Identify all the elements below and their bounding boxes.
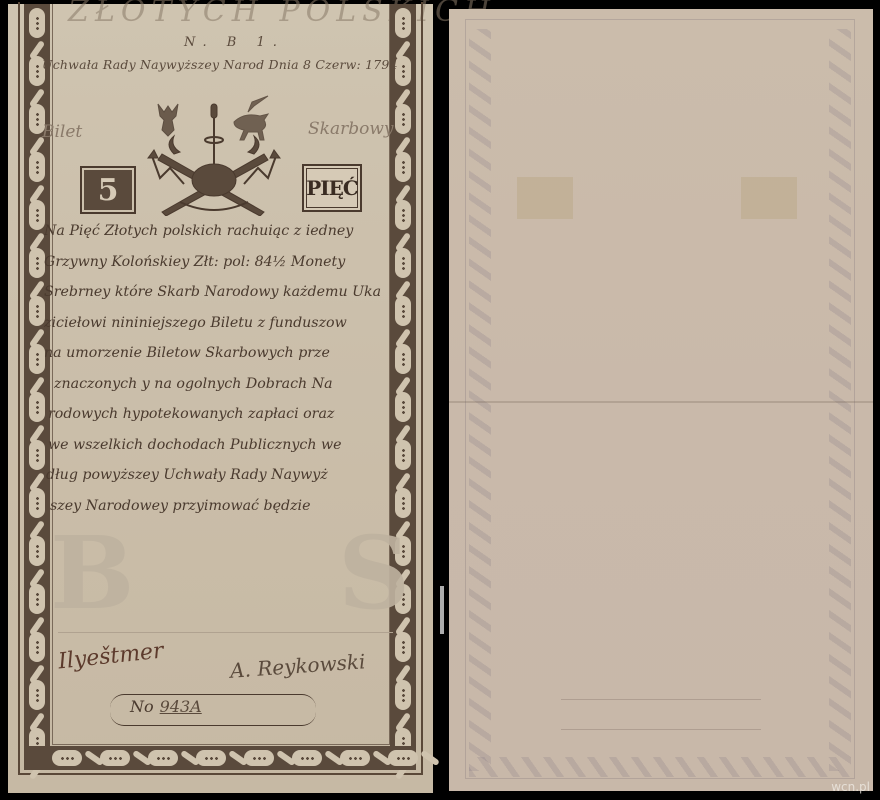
value-numeral: 5 [84, 170, 132, 210]
chain-link-icon [395, 104, 411, 134]
watermark-letter-b: B [50, 514, 135, 632]
body-line: Na Pięć Złotych polskich rachuiąc z iedn… [44, 216, 404, 247]
body-line: we wszelkich dochodach Publicznych we [44, 430, 404, 461]
body-line: na umorzenie Biletow Skarbowych prze [44, 338, 404, 369]
chain-link-icon [52, 750, 82, 766]
reverse-show-through-border-right [829, 29, 851, 771]
body-line: ziciełowi nininiejszego Biletu z fundusz… [44, 308, 404, 339]
chain-link-icon [29, 152, 45, 182]
chain-link-icon [29, 8, 45, 38]
chain-link-icon [395, 680, 411, 710]
chain-link-icon [29, 536, 45, 566]
chain-link-icon [29, 440, 45, 470]
reverse-frame [465, 19, 855, 779]
chain-twist-icon [420, 750, 440, 766]
chain-border-bottom [24, 746, 416, 770]
show-through-line [561, 699, 761, 700]
reverse-show-through-border-left [469, 29, 491, 771]
watermark-brand: wcn.pl [831, 780, 870, 794]
banknote-reverse [449, 9, 873, 791]
serial-value: 943A [160, 697, 202, 716]
chain-link-icon [388, 750, 418, 766]
chain-link-icon [292, 750, 322, 766]
scan-edge-mark [440, 586, 444, 634]
value-numeral-box: 5 [80, 166, 136, 214]
watermark-letter-s: S [338, 514, 410, 632]
title-skarbowy: Skarbowy [308, 119, 393, 139]
body-line: Grzywny Kolońskiey Złt: pol: 84½ Monety [44, 247, 404, 278]
chain-link-icon [196, 750, 226, 766]
banknote-obverse: ZŁOTYCH POLSKICH N. B 1. Uchwała Rady Na… [8, 4, 433, 793]
chain-link-icon [29, 584, 45, 614]
chain-link-icon [29, 680, 45, 710]
chain-link-icon [395, 632, 411, 662]
show-through-line [561, 729, 761, 730]
chain-link-icon [395, 8, 411, 38]
serial-prefix: No [130, 697, 154, 716]
body-text: Na Pięć Złotych polskich rachuiąc z iedn… [44, 216, 404, 521]
chain-link-icon [340, 750, 370, 766]
chain-link-icon [29, 200, 45, 230]
fold-crease [449, 401, 873, 403]
chain-link-icon [29, 296, 45, 326]
body-line: Srebrney które Skarb Narodowy każdemu Uk… [44, 277, 404, 308]
chain-link-icon [100, 750, 130, 766]
faint-rule [58, 632, 393, 633]
chain-link-icon [29, 344, 45, 374]
eagle-icon [158, 104, 178, 136]
chain-link-icon [29, 488, 45, 518]
reverse-show-through-border-bottom [469, 757, 851, 777]
title-bilet: Bilet [42, 122, 82, 142]
show-through-value-box [741, 177, 797, 219]
body-line: rodowych hypotekowanych zapłaci oraz [44, 399, 404, 430]
chain-link-icon [29, 392, 45, 422]
chain-link-icon [29, 632, 45, 662]
chain-link-icon [148, 750, 178, 766]
chain-link-icon [244, 750, 274, 766]
chain-link-icon [395, 152, 411, 182]
coat-of-arms-emblem-icon [144, 94, 284, 216]
resolution-line: Uchwała Rady Naywyższey Narod Dnia 8 Cze… [42, 57, 398, 72]
series-label: N. B 1. [184, 35, 285, 50]
show-through-value-box [517, 177, 573, 219]
serial-number: No943A [130, 697, 202, 716]
horseman-icon [234, 96, 268, 140]
body-line: dług powyższey Uchwały Rady Naywyż [44, 460, 404, 491]
value-word-box: PIĘĆ [302, 164, 362, 212]
body-line: znaczonych y na ogolnych Dobrach Na [44, 369, 404, 400]
value-word: PIĘĆ [306, 168, 358, 208]
chain-link-icon [29, 248, 45, 278]
